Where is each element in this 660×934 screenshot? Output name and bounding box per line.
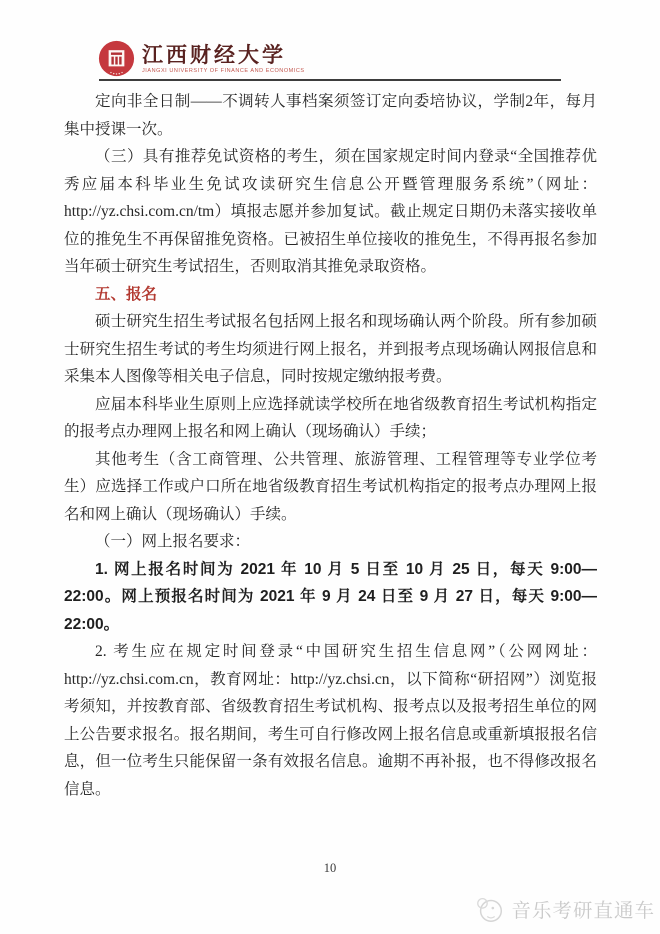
university-logo: 江西财经大学 JIANGXI UNIVERSITY OF FINANCE AND…	[98, 40, 305, 77]
paragraph-exempt-candidates: （三）具有推荐免试资格的考生，须在国家规定时间内登录“全国推荐优秀应届本科毕业生…	[64, 143, 597, 281]
paragraph-registration-dates: 1. 网上报名时间为 2021 年 10 月 5 日至 10 月 25 日，每天…	[64, 556, 597, 639]
paragraph-registration-overview: 硕士研究生招生考试报名包括网上报名和现场确认两个阶段。所有参加硕士研究生招生考试…	[64, 308, 597, 391]
watermark: 音乐考研直通车	[474, 893, 655, 925]
paragraph-directed-parttime: 定向非全日制——不调转人事档案须签订定向委培协议，学制2年，每月集中授课一次。	[64, 88, 597, 143]
paragraph-online-requirements-title: （一）网上报名要求：	[64, 528, 597, 556]
document-header: 江西财经大学 JIANGXI UNIVERSITY OF FINANCE AND…	[98, 40, 305, 77]
paragraph-fresh-graduates: 应届本科毕业生原则上应选择就读学校所在地省级教育招生考试机构指定的报考点办理网上…	[64, 391, 597, 446]
university-name-block: 江西财经大学 JIANGXI UNIVERSITY OF FINANCE AND…	[142, 43, 305, 74]
watermark-mascot-icon	[474, 893, 506, 925]
header-divider	[99, 79, 561, 81]
document-page: 江西财经大学 JIANGXI UNIVERSITY OF FINANCE AND…	[0, 0, 660, 934]
university-name-cn: 江西财经大学	[142, 43, 305, 67]
section-heading-registration: 五、报名	[64, 281, 597, 309]
document-body: 定向非全日制——不调转人事档案须签订定向委培协议，学制2年，每月集中授课一次。 …	[64, 88, 597, 803]
paragraph-other-candidates: 其他考生（含工商管理、公共管理、旅游管理、工程管理等专业学位考生）应选择工作或户…	[64, 446, 597, 529]
paragraph-chsi-instructions: 2. 考生应在规定时间登录“中国研究生招生信息网”（公网网址：http://yz…	[64, 638, 597, 803]
university-name-en: JIANGXI UNIVERSITY OF FINANCE AND ECONOM…	[142, 68, 305, 74]
university-seal-icon	[98, 40, 135, 77]
watermark-text: 音乐考研直通车	[511, 895, 655, 923]
page-number: 10	[0, 861, 660, 876]
